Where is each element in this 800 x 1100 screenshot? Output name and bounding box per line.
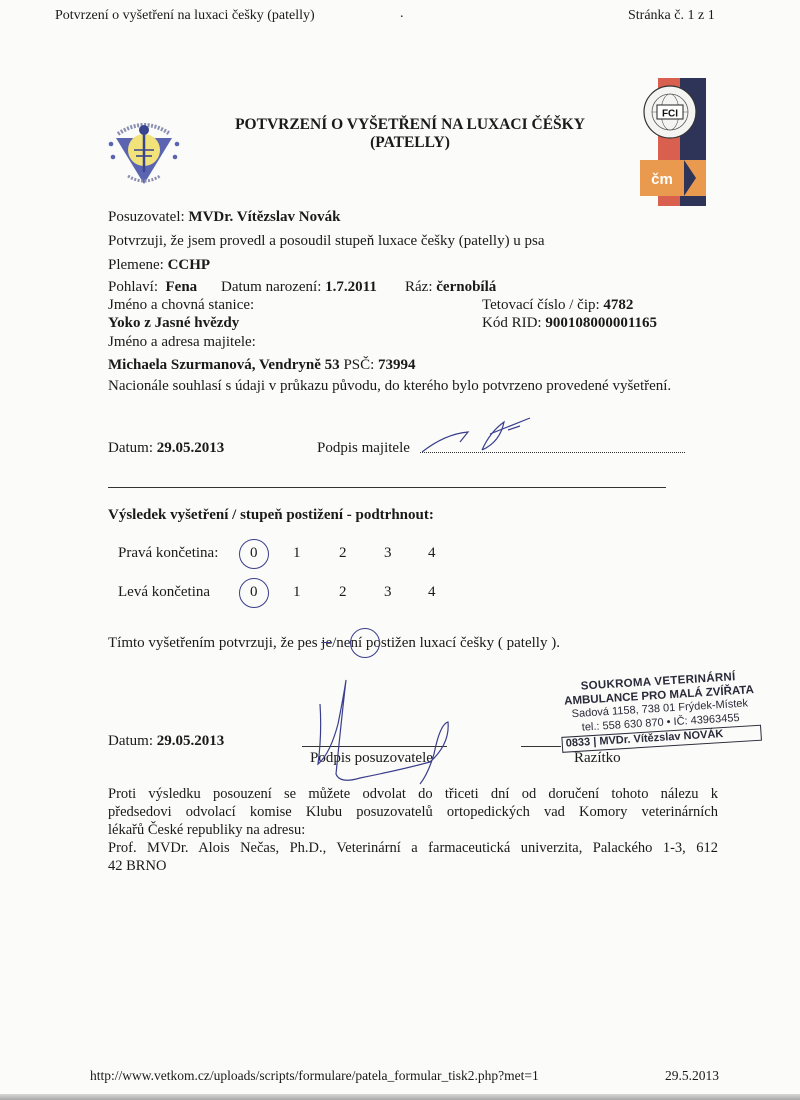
grade-row-label: Levá končetina xyxy=(118,584,210,601)
owner-row: Michaela Szurmanová, Vendryně 53 PSČ: 73… xyxy=(108,357,416,374)
examiner-value: MVDr. Vítězslav Novák xyxy=(188,209,340,225)
conclusion-text: Tímto vyšetřením potvrzuji, že pes je/ne… xyxy=(108,635,560,652)
psc-label: PSČ: xyxy=(343,357,374,373)
tattoo-row: Tetovací číslo / čip: 4782 xyxy=(482,297,633,314)
color-label: Ráz: xyxy=(405,279,433,295)
grade-option[interactable]: 1 xyxy=(293,584,301,601)
sex-value: Fena xyxy=(166,279,198,295)
examiner-row: Posuzovatel: MVDr. Vítězslav Novák xyxy=(108,209,340,226)
selected-grade-circle-icon xyxy=(239,578,269,608)
neni-selected-circle-icon xyxy=(350,628,380,658)
psc-value: 73994 xyxy=(378,357,416,373)
date2-row: Datum: 29.05.2013 xyxy=(108,733,224,750)
date-label: Datum: xyxy=(108,440,153,456)
appeal-paragraph: Proti výsledku posouzení se můžete odvol… xyxy=(108,785,718,875)
owner-signature-label: Podpis majitele xyxy=(317,440,410,457)
appeal-line: Prof. MVDr. Alois Nečas, Ph.D., Veteriná… xyxy=(108,839,718,857)
appeal-line: 42 BRNO xyxy=(108,857,718,875)
scan-edge xyxy=(0,1094,800,1100)
title-line-1: POTVRZENÍ O VYŠETŘENÍ NA LUXACI ČÉŠKY xyxy=(205,116,615,134)
grade-option[interactable]: 2 xyxy=(339,545,347,562)
owner-signature-icon xyxy=(420,412,540,457)
date2-label: Datum: xyxy=(108,733,153,749)
confirm-text: Potvrzuji, že jsem provedl a posoudil st… xyxy=(108,233,545,250)
rid-label: Kód RID: xyxy=(482,315,542,331)
birth-label: Datum narození: xyxy=(221,279,321,295)
veterinary-chamber-logo-icon xyxy=(104,112,184,188)
document-title: POTVRZENÍ O VYŠETŘENÍ NA LUXACI ČÉŠKY (P… xyxy=(205,116,615,152)
tattoo-value: 4782 xyxy=(603,297,633,313)
svg-text:FCI: FCI xyxy=(662,109,678,120)
birth-row: Datum narození: 1.7.2011 xyxy=(221,279,377,296)
owner-label: Jméno a adresa majitele: xyxy=(108,334,256,351)
name-label: Jméno a chovná stanice: xyxy=(108,297,254,314)
sex-row: Pohlaví: Fena xyxy=(108,279,197,296)
vet-clinic-stamp: SOUKROMA VETERINÁRNÍ AMBULANCE PRO MALÁ … xyxy=(558,670,762,753)
selected-grade-circle-icon xyxy=(239,539,269,569)
rid-value: 900108000001165 xyxy=(545,315,657,331)
svg-text:čm: čm xyxy=(651,171,673,188)
grade-option[interactable]: 2 xyxy=(339,584,347,601)
breed-row: Plemene: CCHP xyxy=(108,257,210,274)
tattoo-label: Tetovací číslo / čip: xyxy=(482,297,600,313)
page-indicator: Stránka č. 1 z 1 xyxy=(628,8,715,24)
title-line-2: (PATELLY) xyxy=(205,134,615,152)
rid-row: Kód RID: 900108000001165 xyxy=(482,315,657,332)
print-header-title: Potvrzení o vyšetření na luxaci češky (p… xyxy=(55,8,315,24)
section-divider xyxy=(108,487,666,488)
date-row: Datum: 29.05.2013 xyxy=(108,440,224,457)
owner-value: Michaela Szurmanová, Vendryně 53 xyxy=(108,357,340,373)
grade-option[interactable]: 4 xyxy=(428,545,436,562)
grade-option[interactable]: 3 xyxy=(384,545,392,562)
sex-label: Pohlaví: xyxy=(108,279,158,295)
appeal-line: předsedovi odvolací komise Klubu posuzov… xyxy=(108,803,718,821)
conclusion-prefix: Tímto vyšetřením potvrzuji, že pes xyxy=(108,635,321,651)
dog-name-row: Yoko z Jasné hvězdy xyxy=(108,315,239,332)
print-footer-date: 29.5.2013 xyxy=(665,1068,719,1084)
date2-value: 29.05.2013 xyxy=(157,733,225,749)
stamp-number: 0833 xyxy=(565,736,590,749)
stamp-label: Razítko xyxy=(574,750,621,767)
national-text: Nacionále souhlasí s údaji v průkazu pův… xyxy=(108,378,671,395)
date-value: 29.05.2013 xyxy=(157,440,225,456)
color-row: Ráz: černobílá xyxy=(405,279,496,296)
grade-option[interactable]: 1 xyxy=(293,545,301,562)
print-footer-url: http://www.vetkom.cz/uploads/scripts/for… xyxy=(90,1068,539,1084)
grade-option[interactable]: 3 xyxy=(384,584,392,601)
breed-label: Plemene: xyxy=(108,257,164,273)
grade-option[interactable]: 4 xyxy=(428,584,436,601)
breed-value: CCHP xyxy=(168,257,211,273)
appeal-line: Proti výsledku posouzení se můžete odvol… xyxy=(108,785,718,803)
result-heading: Výsledek vyšetření / stupeň postižení - … xyxy=(108,507,434,524)
color-value: černobílá xyxy=(436,279,496,295)
birth-value: 1.7.2011 xyxy=(325,279,377,295)
grade-row-label: Pravá končetina: xyxy=(118,545,218,562)
print-header-dot: . xyxy=(400,6,404,22)
fci-cmku-logo-icon: FCI čm xyxy=(640,78,706,206)
conclusion-option-je[interactable]: je xyxy=(321,635,332,651)
examiner-label: Posuzovatel: xyxy=(108,209,185,225)
dog-name-value: Yoko z Jasné hvězdy xyxy=(108,315,239,331)
stamp-line xyxy=(521,746,561,747)
examiner-signature-icon xyxy=(300,674,470,792)
appeal-line: lékařů České republiky na adresu: xyxy=(108,821,718,839)
conclusion-suffix: postižen luxací češky ( patelly ). xyxy=(362,635,560,651)
